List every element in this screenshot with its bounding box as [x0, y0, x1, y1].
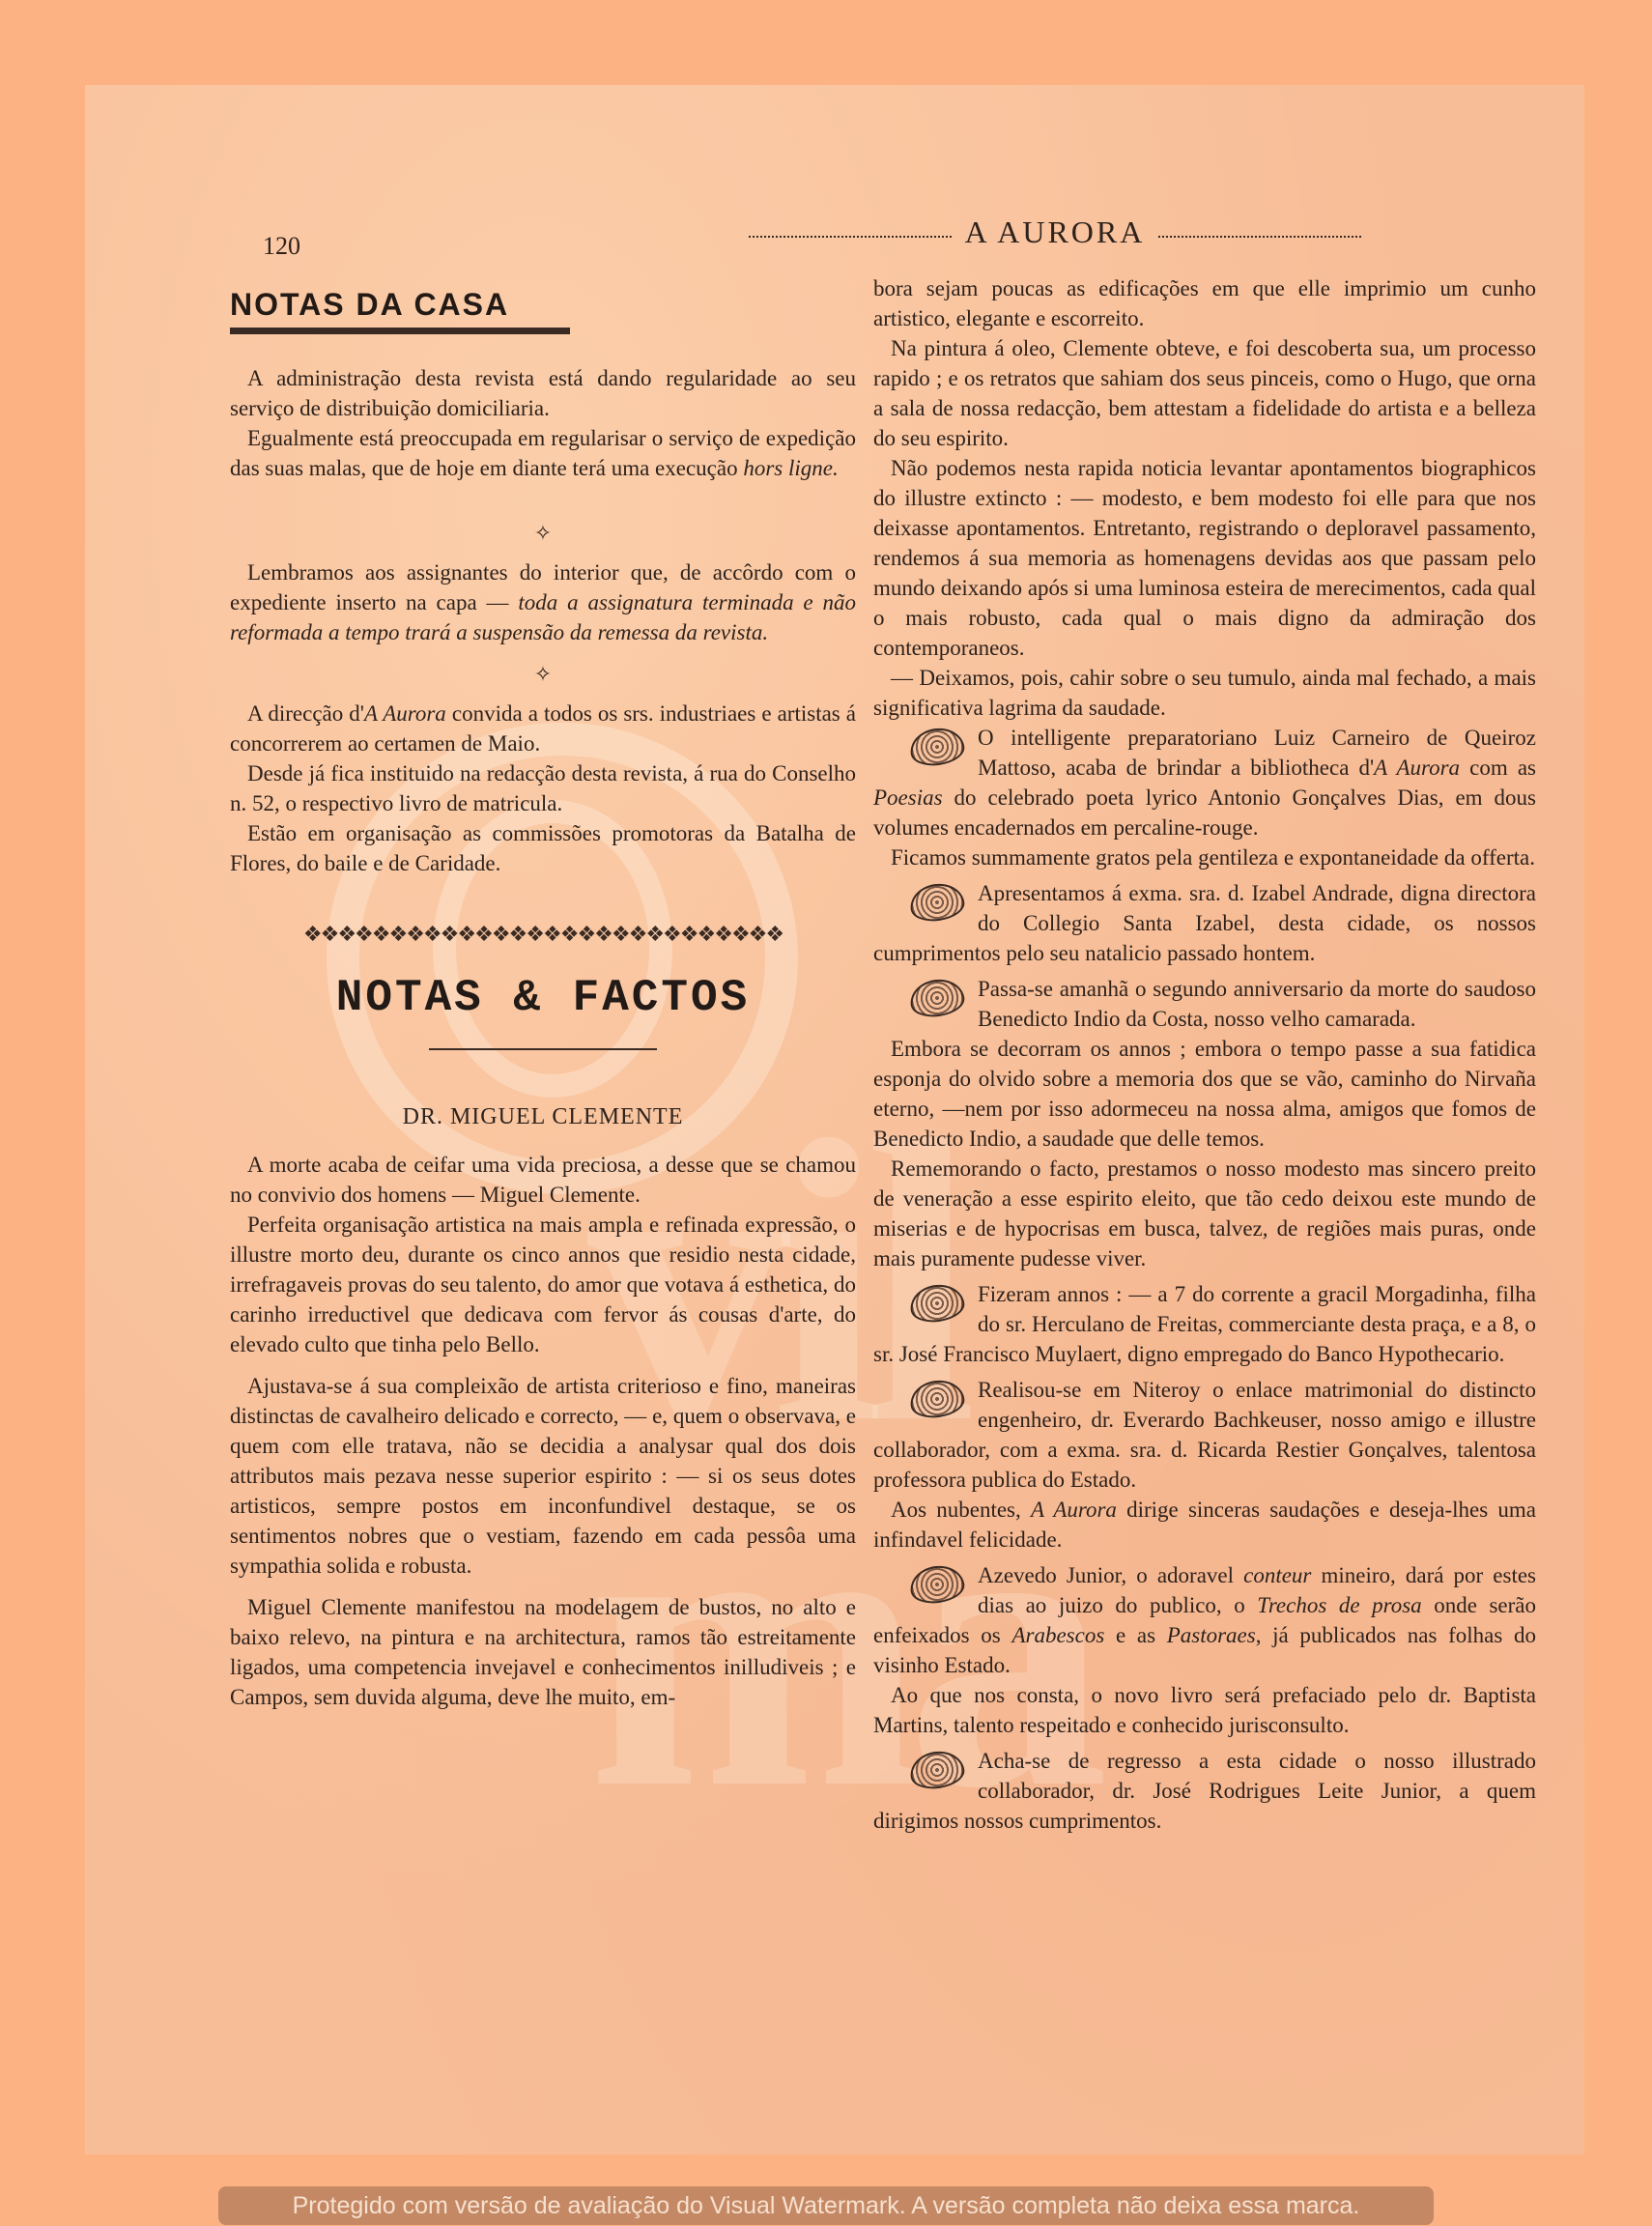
news-note: Realisou-se em Niteroy o enlace matrimon… — [873, 1375, 1536, 1555]
paragraph: Estão em organisação as commissões promo… — [230, 818, 856, 878]
paragraph: Desde já fica instituido na redacção des… — [230, 758, 856, 818]
italic-phrase: hors ligne. — [743, 456, 838, 480]
title-underline — [230, 328, 570, 334]
paragraph: Embora se decorram os annos ; embora o t… — [873, 1034, 1536, 1154]
heart-ornament-icon — [904, 978, 968, 1016]
news-note: Acha-se de regresso a esta cidade o noss… — [873, 1746, 1536, 1836]
paragraph: Rememorando o facto, prestamos o nosso m… — [873, 1154, 1536, 1273]
news-note: Azevedo Junior, o adoravel conteur minei… — [873, 1560, 1536, 1740]
article-subhead: DR. MIGUEL CLEMENTE — [230, 1102, 856, 1132]
paragraph: — Deixamos, pois, cahir sobre o seu tumu… — [873, 663, 1536, 723]
heart-ornament-icon — [904, 882, 968, 921]
section-title-notas-factos: NOTAS & FACTOS — [230, 984, 856, 1013]
heart-ornament-icon — [904, 1564, 968, 1603]
paragraph: A administração desta revista está dando… — [230, 363, 856, 423]
watermark-notice-bar: Protegido com versão de avaliação do Vis… — [218, 2186, 1434, 2225]
title-rule — [429, 1048, 657, 1050]
ornamental-border: ❖❖❖❖❖❖❖❖❖❖❖❖❖❖❖❖❖❖❖❖❖❖❖❖❖❖❖❖ — [230, 919, 856, 949]
news-note: Passa-se amanhã o segundo anniversario d… — [873, 974, 1536, 1273]
masthead-rule-left — [749, 233, 952, 238]
paragraph: Na pintura á oleo, Clemente obteve, e fo… — [873, 333, 1536, 453]
section-title-notas-da-casa: NOTAS DA CASA — [230, 290, 856, 320]
paragraph: Egualmente está preoccupada em regularis… — [230, 423, 856, 483]
paragraph: Ficamos summamente gratos pela gentileza… — [873, 842, 1536, 872]
masthead: A AURORA — [726, 214, 1383, 250]
news-note: O intelligente preparatoriano Luiz Carne… — [873, 723, 1536, 872]
masthead-rule-right — [1158, 233, 1361, 238]
heart-ornament-icon — [904, 1283, 968, 1322]
paragraph: A morte acaba de ceifar uma vida precios… — [230, 1150, 856, 1210]
page-number: 120 — [263, 232, 300, 261]
heart-ornament-icon — [904, 1379, 968, 1417]
paragraph: Perfeita organisação artistica na mais a… — [230, 1210, 856, 1359]
paragraph: Ao que nos consta, o novo livro será pre… — [873, 1680, 1536, 1740]
right-column: bora sejam poucas as edificações em que … — [873, 273, 1536, 1836]
news-note: Apresentamos á exma. sra. d. Izabel Andr… — [873, 878, 1536, 968]
heart-ornament-icon — [904, 727, 968, 765]
paragraph: Aos nubentes, A Aurora dirige sinceras s… — [873, 1495, 1536, 1555]
paragraph: Não podemos nesta rapida noticia levanta… — [873, 453, 1536, 663]
masthead-title: A AURORA — [965, 214, 1144, 249]
paragraph: Ajustava-se á sua compleixão de artista … — [230, 1371, 856, 1581]
news-note: Fizeram annos : — a 7 do corrente a grac… — [873, 1279, 1536, 1369]
paragraph: bora sejam poucas as edificações em que … — [873, 273, 1536, 333]
heart-ornament-icon — [904, 1750, 968, 1788]
left-column: NOTAS DA CASA A administração desta revi… — [230, 290, 856, 1712]
page-header: 120 A AURORA — [155, 214, 1507, 253]
paragraph: A direcção d'A Aurora convida a todos os… — [230, 699, 856, 758]
paragraph: Lembramos aos assignantes do interior qu… — [230, 557, 856, 647]
star-divider-icon: ✧ — [230, 518, 856, 548]
paragraph: Miguel Clemente manifestou na modelagem … — [230, 1592, 856, 1712]
star-divider-icon: ✧ — [230, 659, 856, 689]
